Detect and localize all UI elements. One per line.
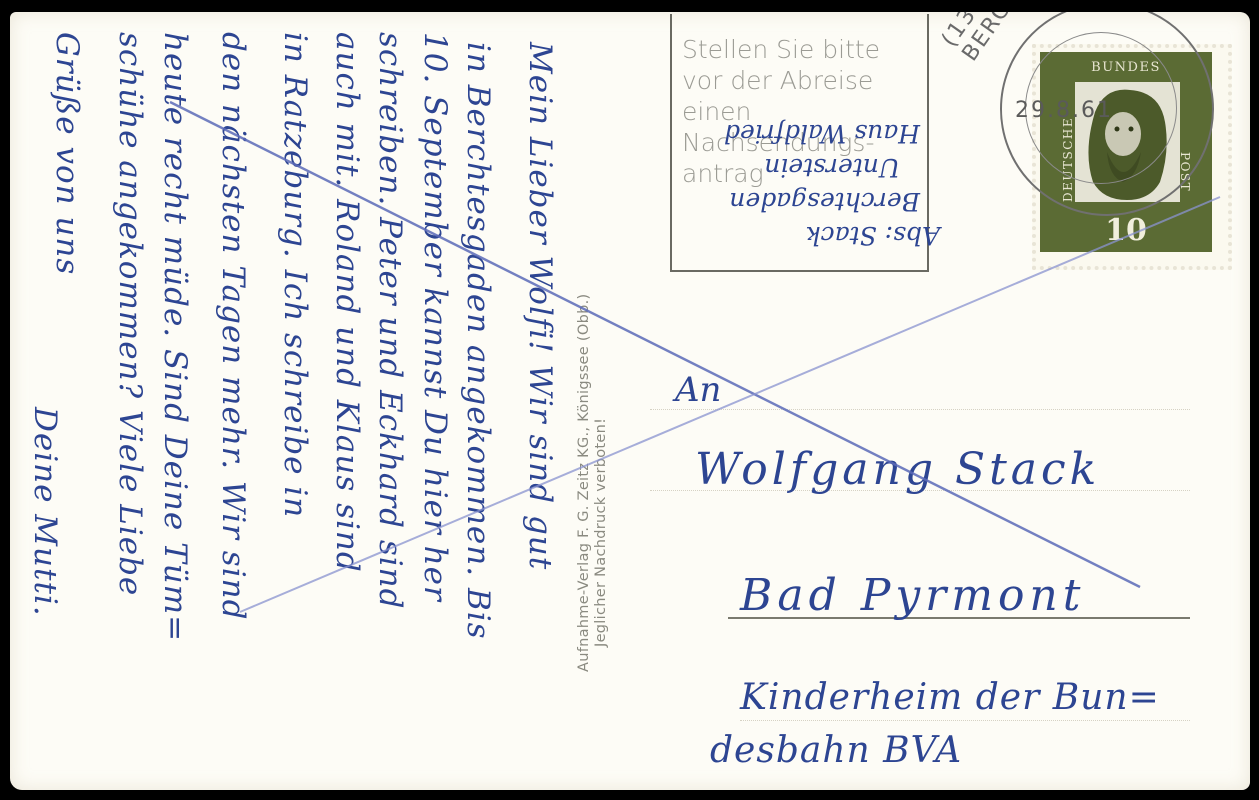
postcard: Mein Lieber Wolfi! Wir sind gut in Berch… — [10, 12, 1250, 790]
cross-out-lines — [10, 12, 1250, 790]
